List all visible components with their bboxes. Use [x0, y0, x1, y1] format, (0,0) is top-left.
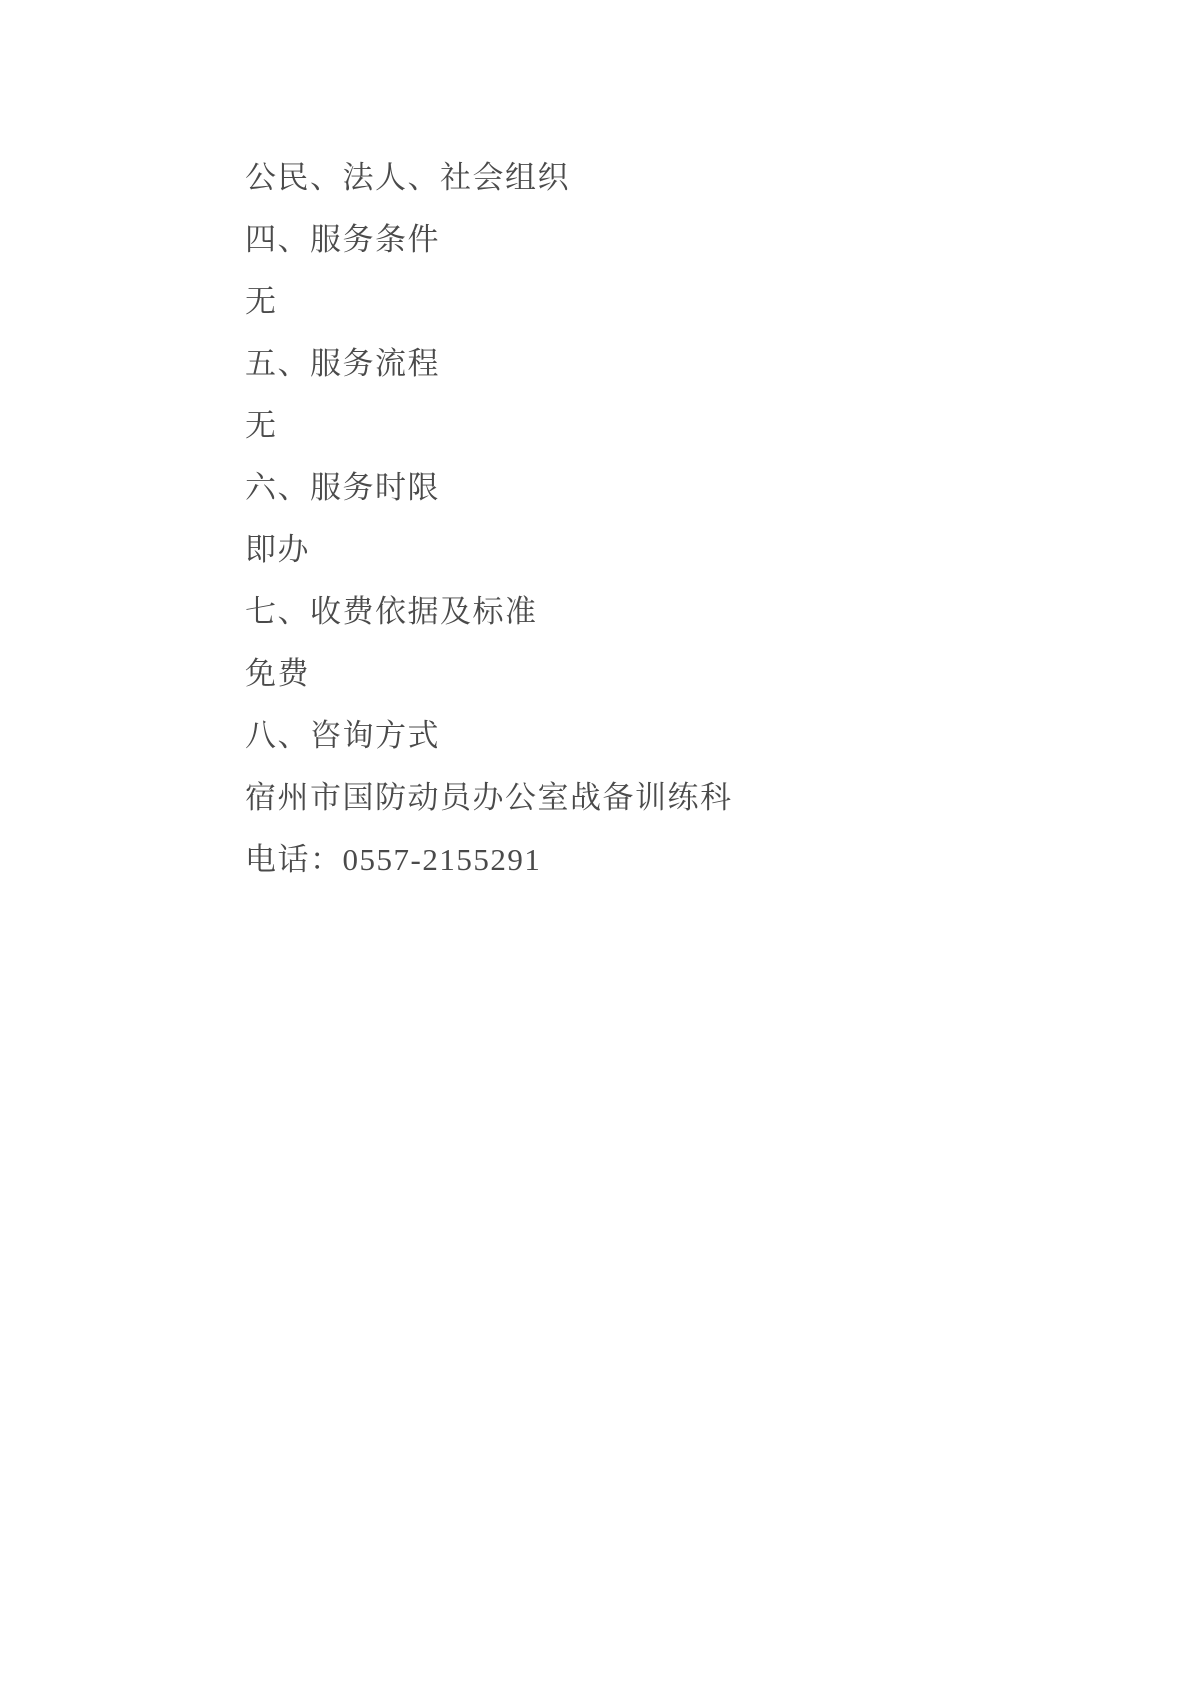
doc-line-service-time-limit-value: 即办	[245, 519, 1065, 581]
doc-line-service-process-value: 无	[245, 395, 1065, 457]
doc-line-heading-service-conditions: 四、服务条件	[245, 209, 1065, 271]
doc-line-heading-consultation-method: 八、咨询方式	[245, 705, 1065, 767]
document-page: 公民、法人、社会组织 四、服务条件 无 五、服务流程 无 六、服务时限 即办 七…	[0, 0, 1190, 1683]
doc-line-heading-fee-basis: 七、收费依据及标准	[245, 581, 1065, 643]
doc-line-heading-service-process: 五、服务流程	[245, 333, 1065, 395]
doc-line-service-object-value: 公民、法人、社会组织	[245, 147, 1065, 209]
doc-line-service-conditions-value: 无	[245, 271, 1065, 333]
doc-line-consultation-phone: 电话：0557-2155291	[245, 829, 1065, 891]
doc-line-fee-basis-value: 免费	[245, 643, 1065, 705]
document-text-block: 公民、法人、社会组织 四、服务条件 无 五、服务流程 无 六、服务时限 即办 七…	[245, 147, 1065, 891]
doc-line-heading-service-time-limit: 六、服务时限	[245, 457, 1065, 519]
doc-line-consultation-department: 宿州市国防动员办公室战备训练科	[245, 767, 1065, 829]
